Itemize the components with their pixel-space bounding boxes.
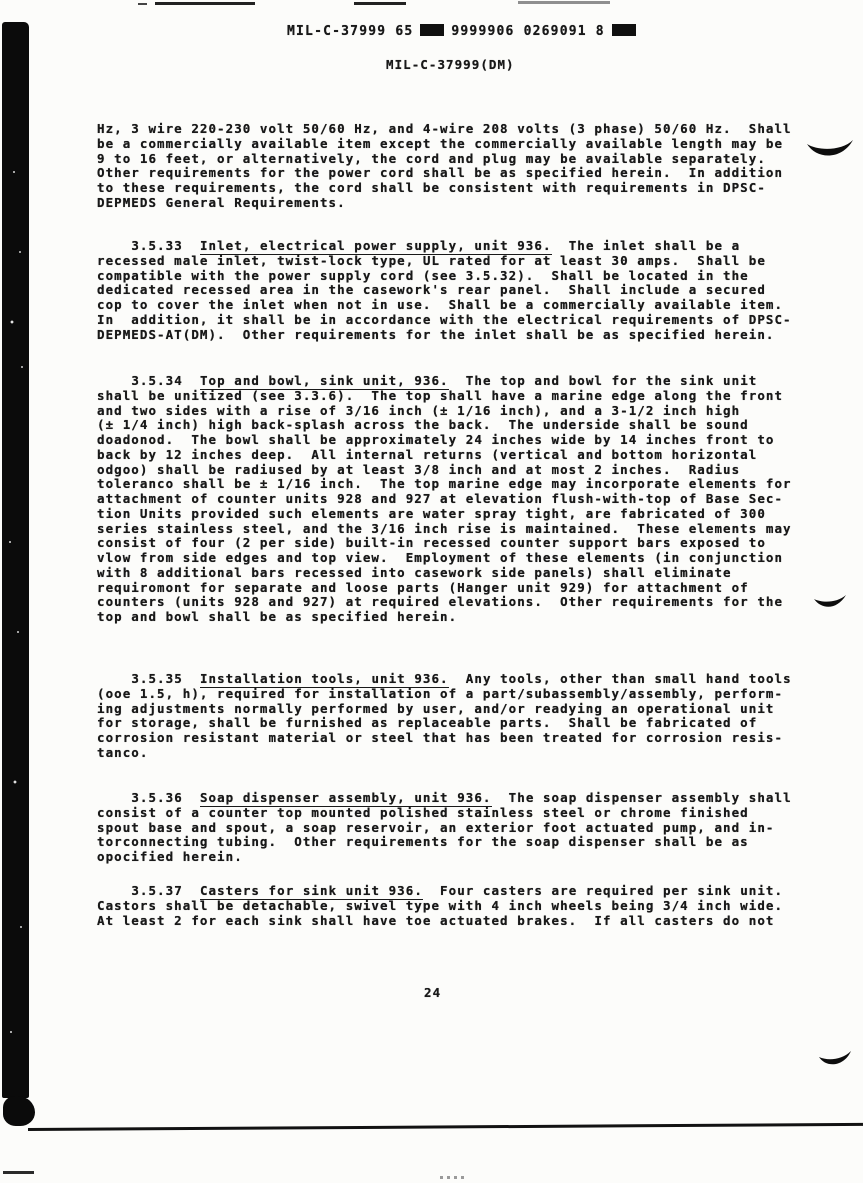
text-line: doadonod. The bowl shall be approximatel…	[97, 433, 792, 448]
text-line: tion Units provided such elements are wa…	[97, 507, 792, 522]
text-line: counters (units 928 and 927) at required…	[97, 595, 792, 610]
text-line: series stainless steel, and the 3/16 inc…	[97, 522, 792, 537]
paragraph-3-5-34-top-and-bowl: 3.5.34 Top and bowl, sink unit, 936. The…	[97, 374, 792, 625]
text-line: (ooe 1.5, h), required for installation …	[97, 687, 792, 702]
text-line: toleranco shall be ± 1/16 inch. The top …	[97, 477, 792, 492]
text-line: ing adjustments normally performed by us…	[97, 702, 792, 717]
text-line: dedicated recessed area in the casework'…	[97, 283, 792, 298]
paragraph-3-5-33-inlet: 3.5.33 Inlet, electrical power supply, u…	[97, 239, 792, 342]
section-number: 3.5.34	[131, 373, 182, 388]
text-line: 9 to 16 feet, or alternatively, the cord…	[97, 152, 792, 167]
document-id-text: MIL-C-37999 65	[287, 24, 413, 39]
text-line: 3.5.37 Casters for sink unit 936. Four c…	[97, 884, 783, 899]
text-line: be a commercially available item except …	[97, 137, 792, 152]
section-number: 3.5.36	[131, 790, 182, 805]
text-line: top and bowl shall be as specified herei…	[97, 610, 792, 625]
text-line: tanco.	[97, 746, 792, 761]
text-line: Hz, 3 wire 220-230 volt 50/60 Hz, and 4-…	[97, 122, 792, 137]
section-number: 3.5.37	[131, 883, 182, 898]
text-line: back by 12 inches deep. All internal ret…	[97, 448, 792, 463]
text-line: odgoo) shall be radiused by at least 3/8…	[97, 463, 792, 478]
text-line: vlow from side edges and top view. Emplo…	[97, 551, 792, 566]
document-text: MIL-C-37999 659999906 0269091 8 MIL-C-37…	[0, 0, 863, 1183]
document-title: MIL-C-37999(DM)	[386, 58, 515, 73]
text-line: DEPMEDS-AT(DM). Other requirements for t…	[97, 328, 792, 343]
text-line: 3.5.33 Inlet, electrical power supply, u…	[97, 239, 792, 254]
document-id-line: MIL-C-37999 659999906 0269091 8	[287, 24, 643, 40]
text-line: (± 1/4 inch) high back-splash across the…	[97, 418, 792, 433]
text-line: attachment of counter units 928 and 927 …	[97, 492, 792, 507]
text-line: torconnecting tubing. Other requirements…	[97, 835, 792, 850]
filled-block	[612, 24, 636, 36]
text-line: for storage, shall be furnished as repla…	[97, 716, 792, 731]
paragraph-3-5-36-soap-dispenser: 3.5.36 Soap dispenser assembly, unit 936…	[97, 791, 792, 865]
text-line: At least 2 for each sink shall have toe …	[97, 914, 783, 929]
paragraph-power-cord-continuation: Hz, 3 wire 220-230 volt 50/60 Hz, and 4-…	[97, 122, 792, 211]
text-line: to these requirements, the cord shall be…	[97, 181, 792, 196]
text-line: recessed male inlet, twist-lock type, UL…	[97, 254, 792, 269]
document-id-text: 9999906 0269091 8	[451, 24, 604, 39]
text-line: with 8 additional bars recessed into cas…	[97, 566, 792, 581]
text-line: and two sides with a rise of 3/16 inch (…	[97, 404, 792, 419]
text-line: cop to cover the inlet when not in use. …	[97, 298, 792, 313]
text-line: corrosion resistant material or steel th…	[97, 731, 792, 746]
text-line: 3.5.36 Soap dispenser assembly, unit 936…	[97, 791, 792, 806]
text-line: 3.5.34 Top and bowl, sink unit, 936. The…	[97, 374, 792, 389]
text-line: consist of a counter top mounted polishe…	[97, 806, 792, 821]
section-number: 3.5.33	[131, 238, 182, 253]
section-number: 3.5.35	[131, 671, 182, 686]
text-line: requiromont for separate and loose parts…	[97, 581, 792, 596]
text-line: compatible with the power supply cord (s…	[97, 269, 792, 284]
text-line: In addition, it shall be in accordance w…	[97, 313, 792, 328]
text-line: Castors shall be detachable, swivel type…	[97, 899, 783, 914]
text-line: DEPMEDS General Requirements.	[97, 196, 792, 211]
text-line: spout base and spout, a soap reservoir, …	[97, 821, 792, 836]
text-line: 3.5.35 Installation tools, unit 936. Any…	[97, 672, 792, 687]
paragraph-3-5-37-casters: 3.5.37 Casters for sink unit 936. Four c…	[97, 884, 783, 928]
text-line: Other requirements for the power cord sh…	[97, 166, 792, 181]
paragraph-3-5-35-installation-tools: 3.5.35 Installation tools, unit 936. Any…	[97, 672, 792, 761]
text-line: shall be unitized (see 3.3.6). The top s…	[97, 389, 792, 404]
text-line: consist of four (2 per side) built-in re…	[97, 536, 792, 551]
page-number: 24	[424, 986, 441, 1001]
scanned-page: MIL-C-37999 659999906 0269091 8 MIL-C-37…	[0, 0, 863, 1183]
filled-block	[420, 24, 444, 36]
text-line: opocified herein.	[97, 850, 792, 865]
